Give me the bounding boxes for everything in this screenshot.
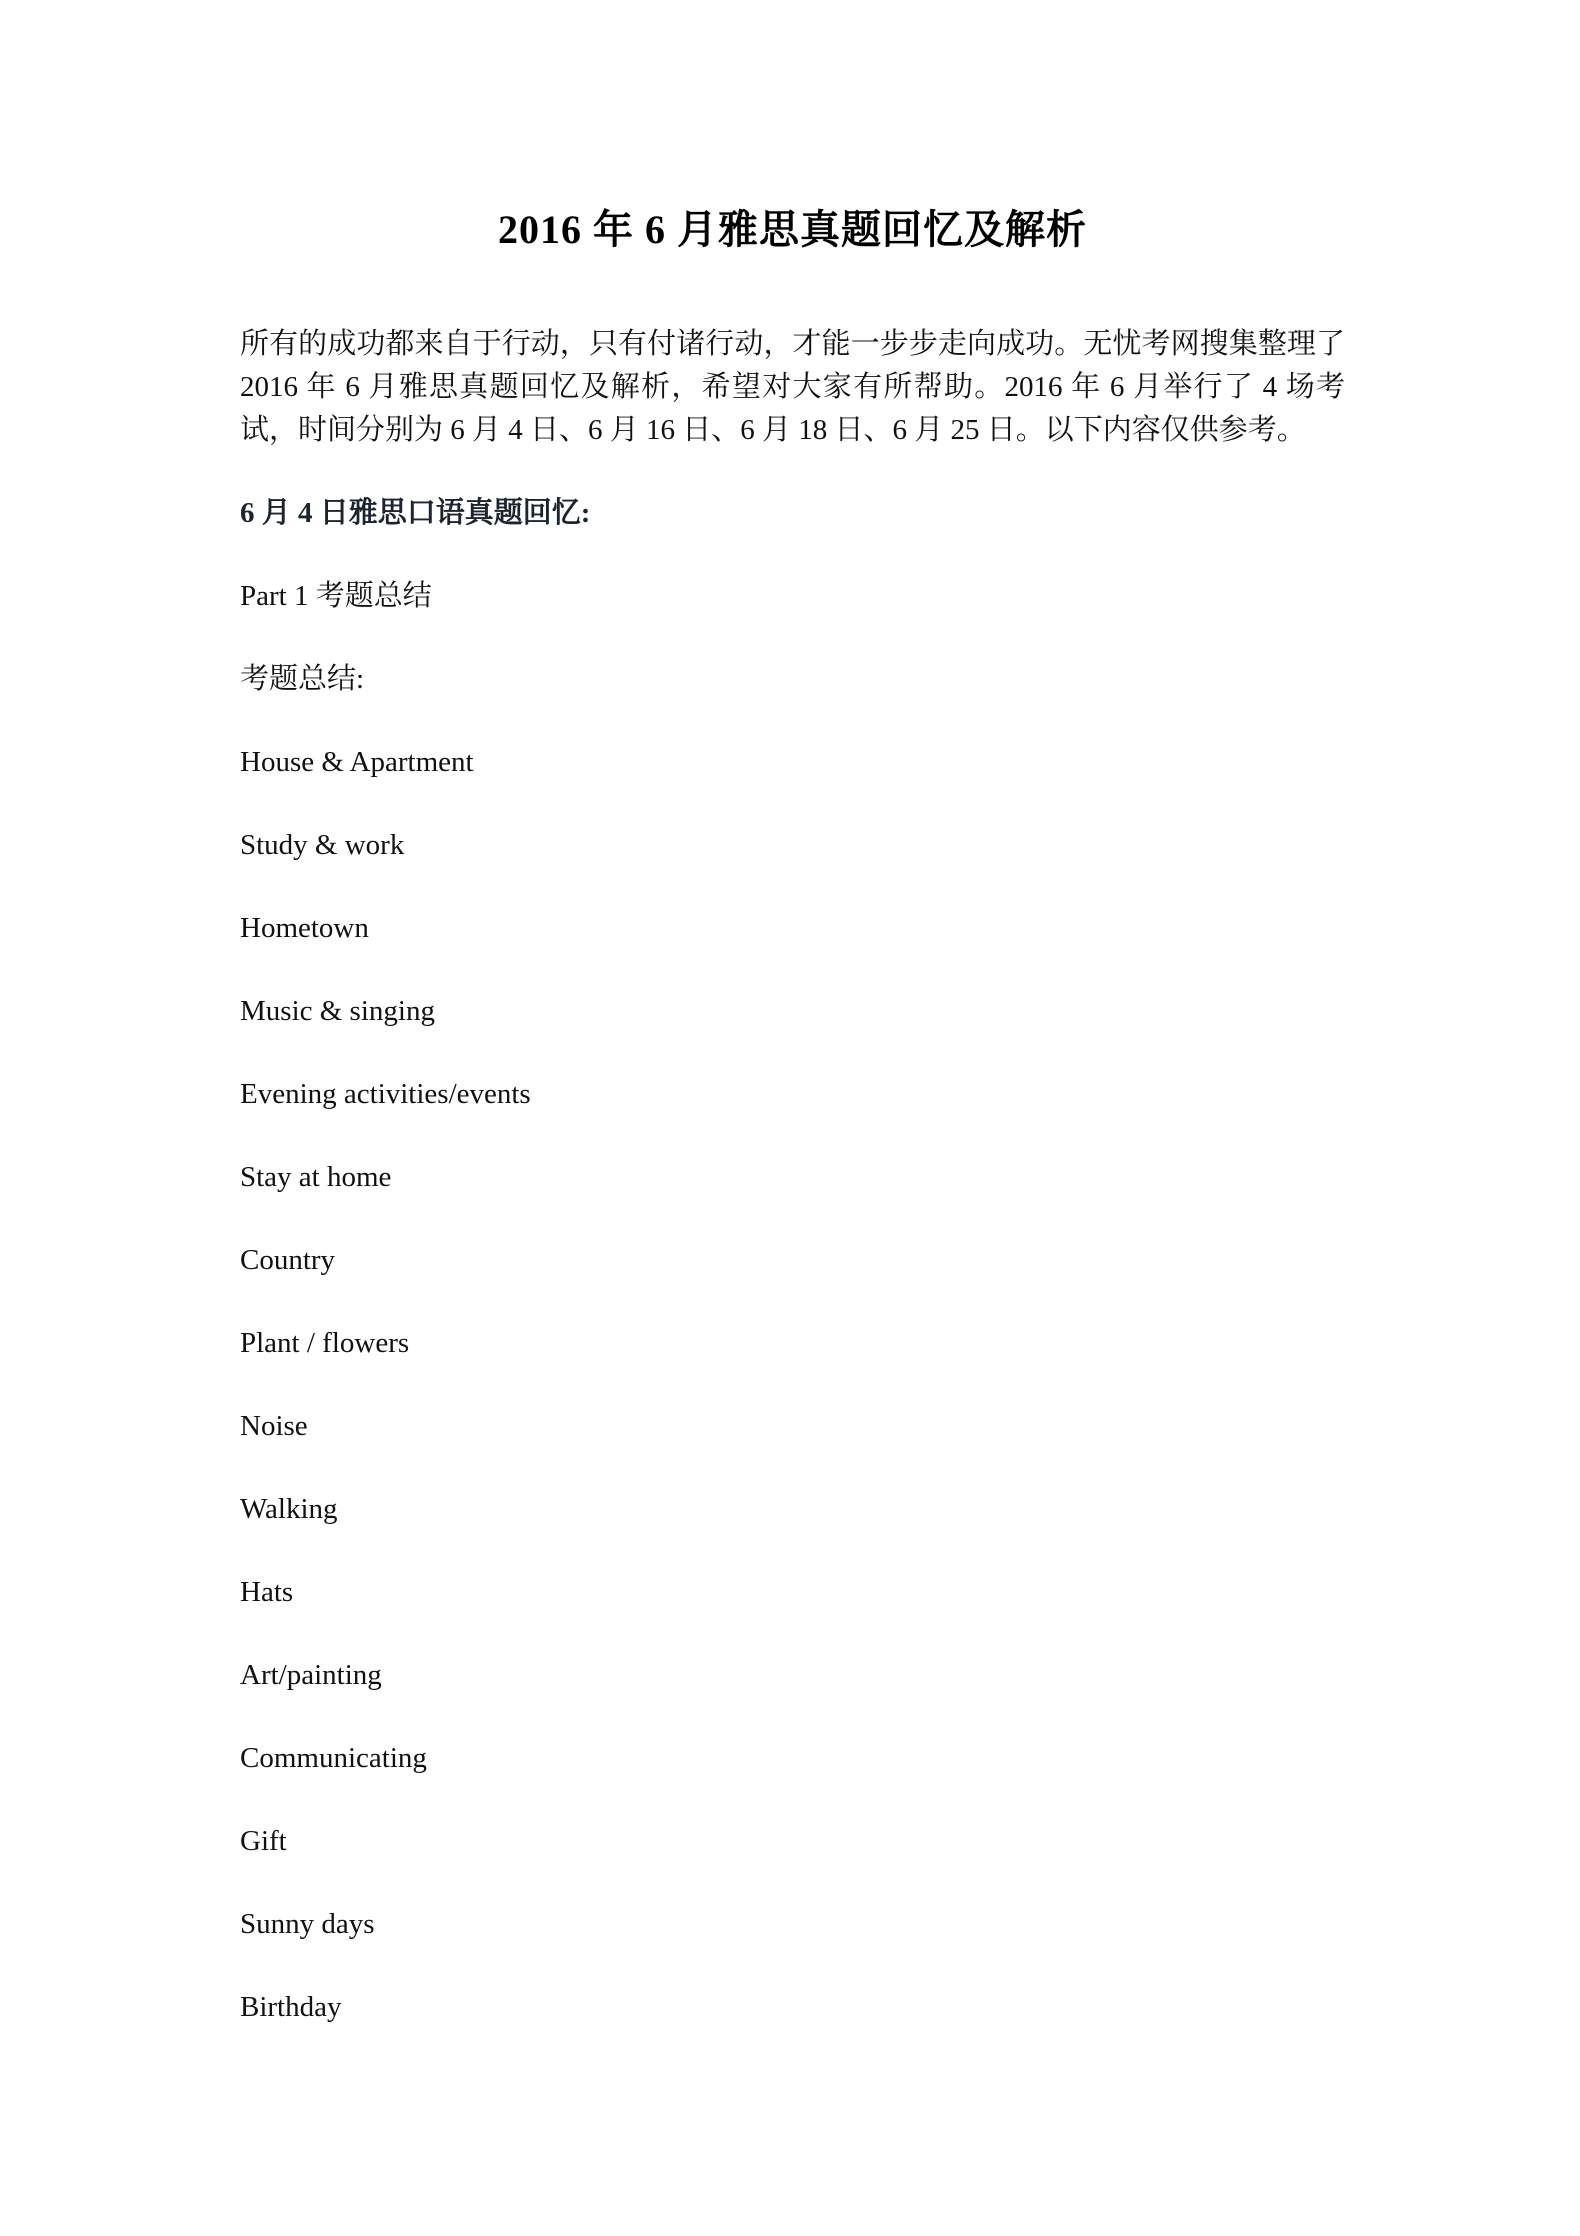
topic-item: Noise: [240, 1405, 1345, 1447]
part1-label: Part 1 考题总结: [240, 575, 1345, 617]
topic-item: Birthday: [240, 1986, 1345, 2028]
page-title: 2016 年 6 月雅思真题回忆及解析: [240, 205, 1345, 255]
topic-item: Gift: [240, 1820, 1345, 1862]
document-page: 2016 年 6 月雅思真题回忆及解析 所有的成功都来自于行动，只有付诸行动，才…: [0, 0, 1580, 2236]
topic-item: Study & work: [240, 824, 1345, 866]
topic-item: House & Apartment: [240, 741, 1345, 783]
part1-sublabel: 考题总结:: [240, 658, 1345, 700]
topic-item: Walking: [240, 1488, 1345, 1530]
topic-item: Stay at home: [240, 1156, 1345, 1198]
topic-item: Art/painting: [240, 1654, 1345, 1696]
topic-item: Hometown: [240, 907, 1345, 949]
topic-item: Plant / flowers: [240, 1322, 1345, 1364]
topic-item: Music & singing: [240, 990, 1345, 1032]
topic-item: Country: [240, 1239, 1345, 1281]
topic-item: Sunny days: [240, 1903, 1345, 1945]
topic-list: House & ApartmentStudy & workHometownMus…: [240, 741, 1345, 2028]
section-heading: 6 月 4 日雅思口语真题回忆:: [240, 492, 1345, 534]
intro-paragraph: 所有的成功都来自于行动，只有付诸行动，才能一步步走向成功。无忧考网搜集整理了 2…: [240, 323, 1345, 452]
topic-item: Evening activities/events: [240, 1073, 1345, 1115]
topic-item: Communicating: [240, 1737, 1345, 1779]
topic-item: Hats: [240, 1571, 1345, 1613]
